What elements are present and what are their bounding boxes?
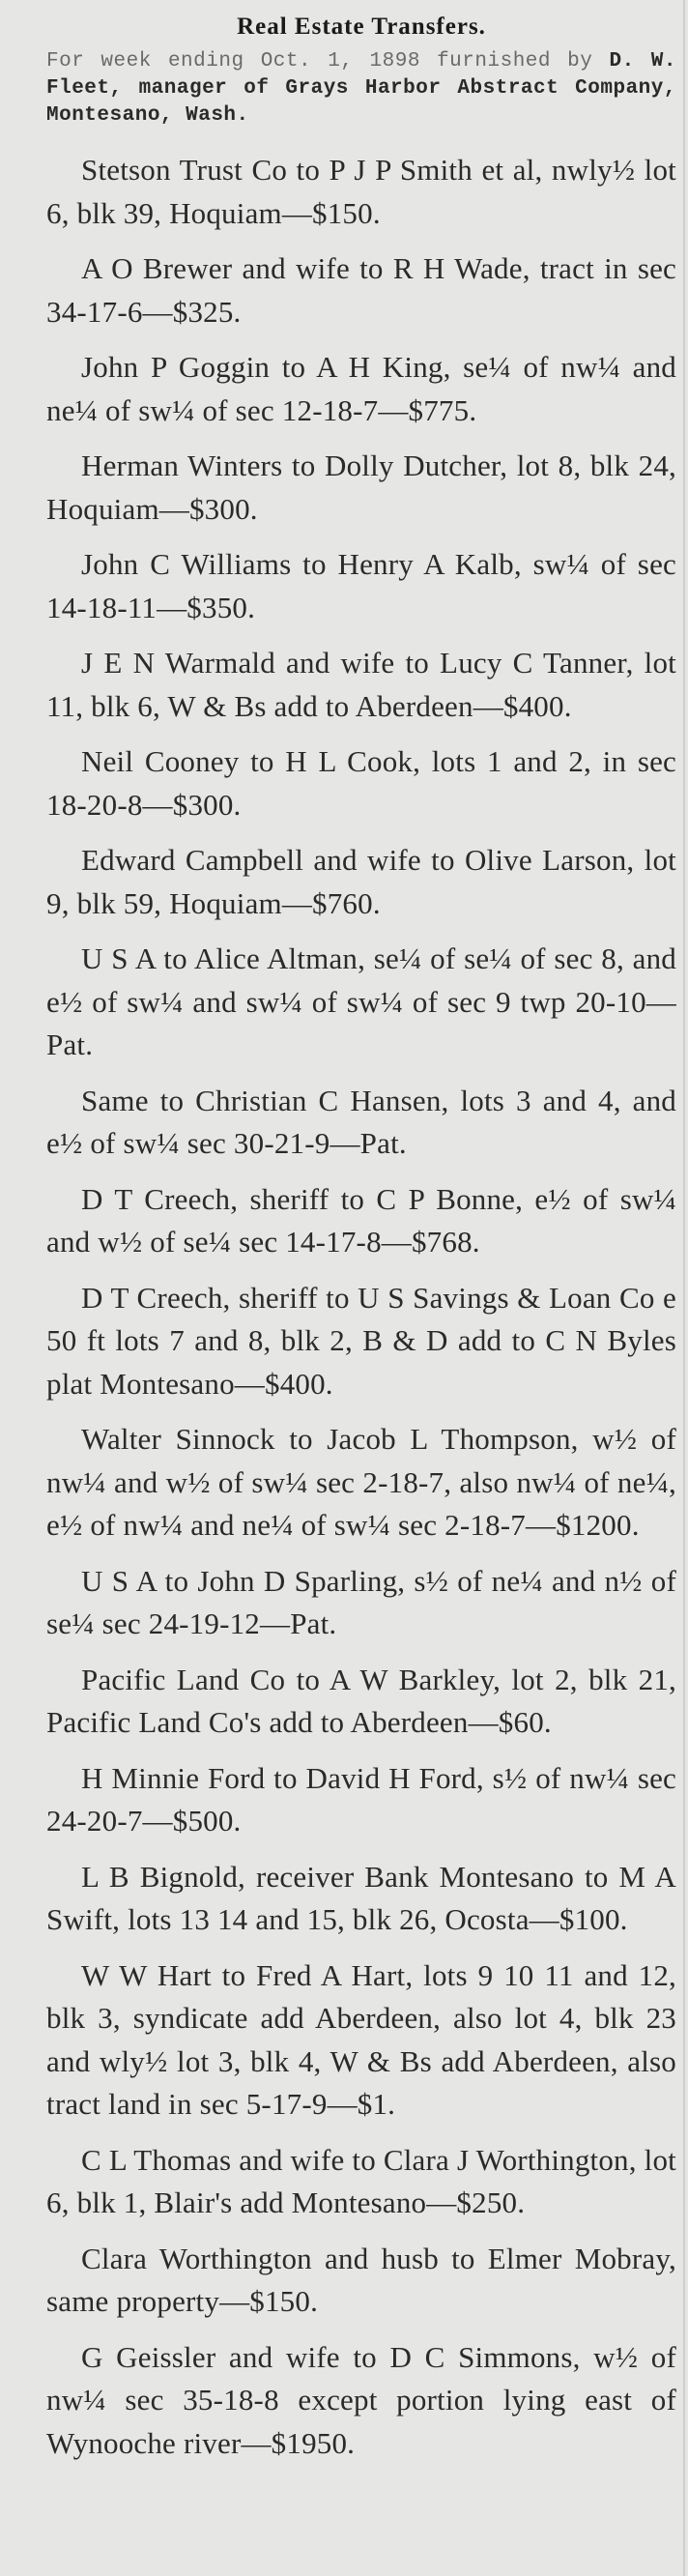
transfer-entry: U S A to Alice Altman, se¼ of se¼ of sec… — [46, 938, 676, 1067]
transfer-entry: Neil Cooney to H L Cook, lots 1 and 2, i… — [46, 740, 676, 826]
transfer-entry: H Minnie Ford to David H Ford, s½ of nw¼… — [46, 1757, 676, 1843]
transfer-entry: A O Brewer and wife to R H Wade, tract i… — [46, 247, 676, 333]
transfer-entry: Stetson Trust Co to P J P Smith et al, n… — [46, 149, 676, 235]
transfer-entry: Same to Christian C Hansen, lots 3 and 4… — [46, 1080, 676, 1166]
transfer-entry: D T Creech, sheriff to C P Bonne, e½ of … — [46, 1178, 676, 1264]
transfer-entry: Clara Worthington and husb to Elmer Mobr… — [46, 2238, 676, 2324]
transfer-entry: J E N Warmald and wife to Lucy C Tanner,… — [46, 642, 676, 728]
transfer-entry: D T Creech, sheriff to U S Savings & Loa… — [46, 1277, 676, 1406]
transfer-entry: Pacific Land Co to A W Barkley, lot 2, b… — [46, 1659, 676, 1745]
transfer-entry: Walter Sinnock to Jacob L Thompson, w½ o… — [46, 1418, 676, 1548]
transfer-entry: G Geissler and wife to D C Simmons, w½ o… — [46, 2336, 676, 2466]
article-column: Real Estate Transfers. For week ending O… — [46, 0, 676, 2477]
article-intro: For week ending Oct. 1, 1898 furnished b… — [46, 48, 676, 130]
transfer-entry: Edward Campbell and wife to Olive Larson… — [46, 839, 676, 925]
transfer-entry: John P Goggin to A H King, se¼ of nw¼ an… — [46, 346, 676, 432]
article-title: Real Estate Transfers. — [46, 12, 676, 43]
transfer-entry: C L Thomas and wife to Clara J Worthingt… — [46, 2139, 676, 2225]
intro-lead: For week ending Oct. 1, 1898 furnished b… — [46, 50, 592, 72]
column-rule — [683, 0, 685, 2576]
transfer-entry: U S A to John D Sparling, s½ of ne¼ and … — [46, 1560, 676, 1646]
transfer-entry: W W Hart to Fred A Hart, lots 9 10 11 an… — [46, 1954, 676, 2127]
transfer-entry: Herman Winters to Dolly Dutcher, lot 8, … — [46, 445, 676, 531]
transfer-entry: L B Bignold, receiver Bank Montesano to … — [46, 1856, 676, 1942]
transfer-list: Stetson Trust Co to P J P Smith et al, n… — [46, 149, 676, 2465]
transfer-entry: John C Williams to Henry A Kalb, sw¼ of … — [46, 543, 676, 629]
